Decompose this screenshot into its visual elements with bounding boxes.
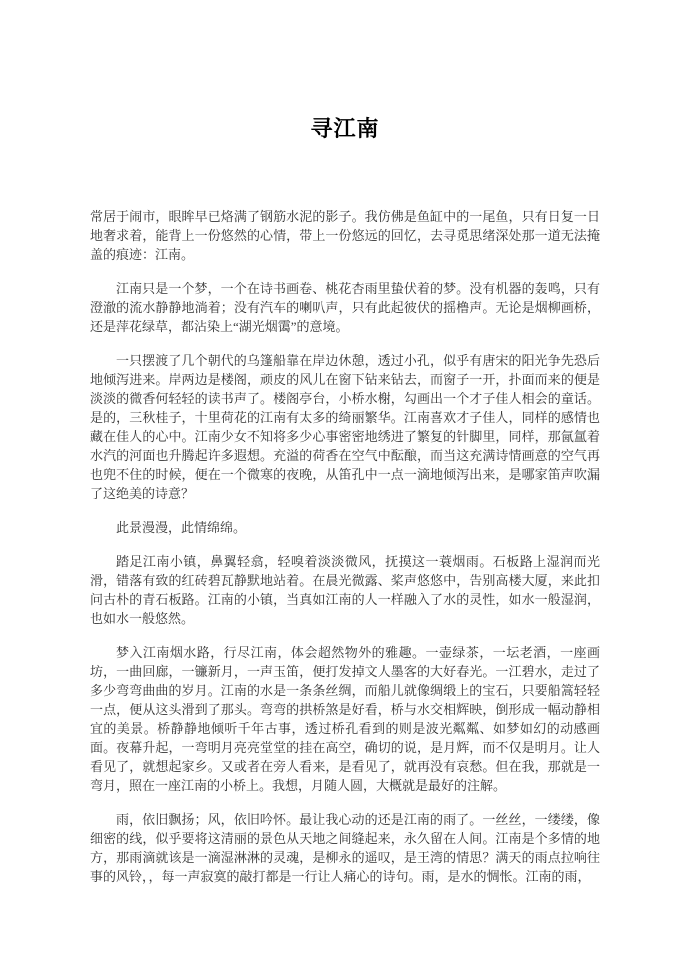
document-title: 寻江南	[90, 0, 600, 143]
document-body: 常居于闹市，眼眸早已烙满了钢筋水泥的影子。我仿佛是鱼缸中的一尾鱼，只有日复一日地…	[90, 207, 600, 886]
paragraph-town: 踏足江南小镇，鼻翼轻翕，轻嗅着淡淡微风，抚摸这一蓑烟雨。石板路上湿润而光滑，错落…	[90, 552, 600, 628]
paragraph-boat: 一只摆渡了几个朝代的乌篷船靠在岸边休憩，透过小孔，似乎有唐宋的阳光争先恐后地倾泻…	[90, 351, 600, 503]
paragraph-dream: 江南只是一个梦，一个在诗书画卷、桃花杏雨里蛰伏着的梦。没有机器的轰鸣，只有澄澈的…	[90, 279, 600, 336]
paragraph-water: 梦入江南烟水路，行尽江南，体会超然物外的雅趣。一壶绿茶，一坛老酒，一座画坊，一曲…	[90, 643, 600, 795]
paragraph-intro: 常居于闹市，眼眸早已烙满了钢筋水泥的影子。我仿佛是鱼缸中的一尾鱼，只有日复一日地…	[90, 207, 600, 264]
document-page: 寻江南 常居于闹市，眼眸早已烙满了钢筋水泥的影子。我仿佛是鱼缸中的一尾鱼，只有日…	[0, 0, 690, 976]
paragraph-transition: 此景漫漫，此情绵绵。	[90, 518, 600, 537]
paragraph-rain: 雨，依旧飘扬；风，依旧吟怀。最让我心动的还是江南的雨了。一丝丝，一缕缕，像细密的…	[90, 810, 600, 886]
